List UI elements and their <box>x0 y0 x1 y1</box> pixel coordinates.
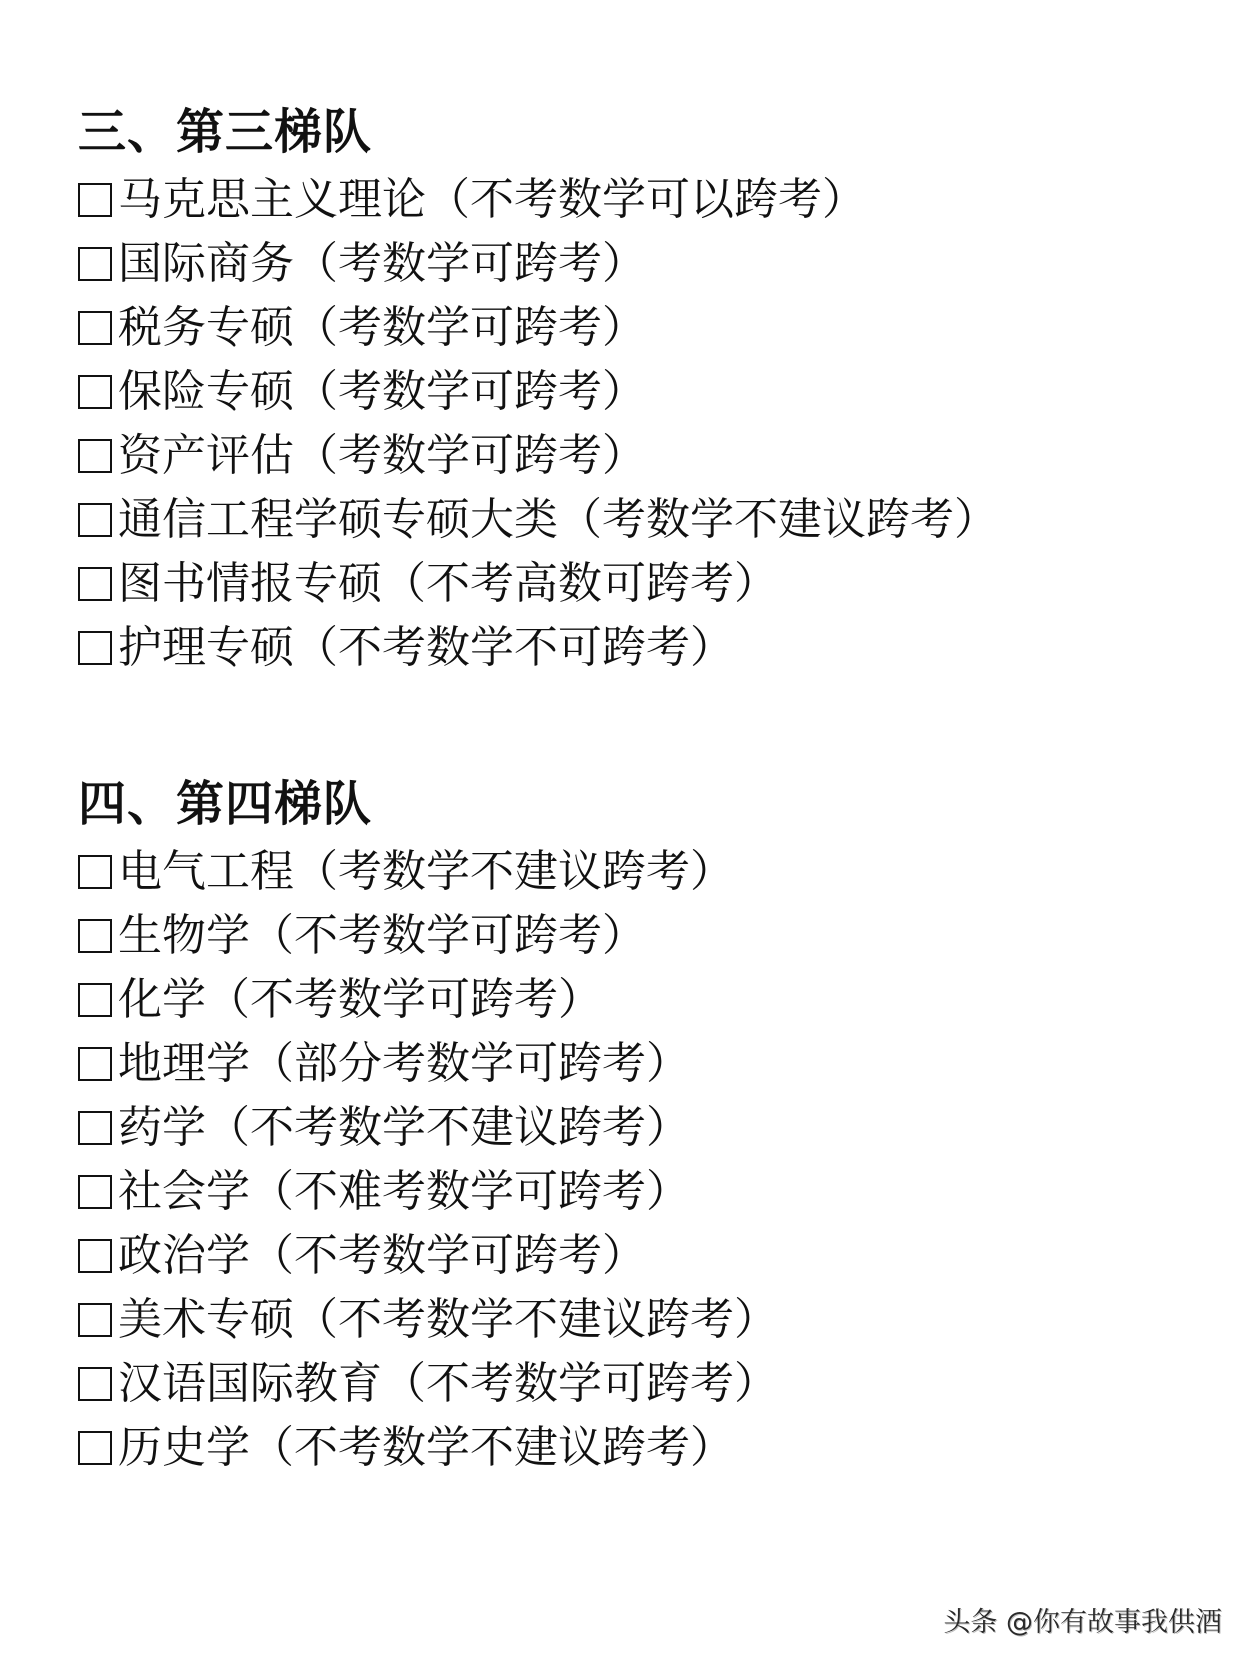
item-note: 不考数学不建议跨考 <box>294 1288 778 1352</box>
item-name: 地理学 <box>118 1032 250 1096</box>
checkbox[interactable] <box>78 1431 112 1465</box>
list-item[interactable]: 资产评估考数学可跨考 <box>78 424 998 488</box>
list-item[interactable]: 保险专硕考数学可跨考 <box>78 360 998 424</box>
list-item[interactable]: 电气工程考数学不建议跨考 <box>78 840 778 904</box>
list-item[interactable]: 药学不考数学不建议跨考 <box>78 1096 778 1160</box>
item-note: 考数学可跨考 <box>294 296 646 360</box>
list-item[interactable]: 汉语国际教育不考数学可跨考 <box>78 1352 778 1416</box>
item-note: 考数学不建议跨考 <box>558 488 998 552</box>
item-name: 保险专硕 <box>118 360 294 424</box>
list-item[interactable]: 历史学不考数学不建议跨考 <box>78 1416 778 1480</box>
checkbox[interactable] <box>78 439 112 473</box>
checkbox[interactable] <box>78 247 112 281</box>
checkbox[interactable] <box>78 567 112 601</box>
checkbox[interactable] <box>78 183 112 217</box>
item-note: 考数学不建议跨考 <box>294 840 734 904</box>
item-name: 税务专硕 <box>118 296 294 360</box>
item-note: 不考数学可以跨考 <box>426 168 866 232</box>
section-tier-4: 四、第四梯队 电气工程考数学不建议跨考 生物学不考数学可跨考 化学不考数学可跨考… <box>78 776 778 1480</box>
item-note: 不考数学可跨考 <box>250 904 646 968</box>
list-item[interactable]: 政治学不考数学可跨考 <box>78 1224 778 1288</box>
list-item[interactable]: 图书情报专硕不考高数可跨考 <box>78 552 998 616</box>
item-name: 护理专硕 <box>118 616 294 680</box>
list-item[interactable]: 地理学部分考数学可跨考 <box>78 1032 778 1096</box>
list-item[interactable]: 护理专硕不考数学不可跨考 <box>78 616 998 680</box>
list-item[interactable]: 税务专硕考数学可跨考 <box>78 296 998 360</box>
checkbox[interactable] <box>78 1239 112 1273</box>
list-item[interactable]: 社会学不难考数学可跨考 <box>78 1160 778 1224</box>
item-name: 政治学 <box>118 1224 250 1288</box>
item-name: 电气工程 <box>118 840 294 904</box>
item-name: 生物学 <box>118 904 250 968</box>
item-note: 不考数学可跨考 <box>206 968 602 1032</box>
list-item[interactable]: 马克思主义理论不考数学可以跨考 <box>78 168 998 232</box>
item-note: 不考高数可跨考 <box>382 552 778 616</box>
item-note: 考数学可跨考 <box>294 360 646 424</box>
checkbox[interactable] <box>78 1175 112 1209</box>
item-note: 不考数学可跨考 <box>250 1224 646 1288</box>
list-item[interactable]: 化学不考数学可跨考 <box>78 968 778 1032</box>
item-name: 通信工程学硕专硕大类 <box>118 488 558 552</box>
item-name: 图书情报专硕 <box>118 552 382 616</box>
checkbox[interactable] <box>78 855 112 889</box>
item-note: 不难考数学可跨考 <box>250 1160 690 1224</box>
item-name: 马克思主义理论 <box>118 168 426 232</box>
checkbox[interactable] <box>78 1111 112 1145</box>
item-name: 社会学 <box>118 1160 250 1224</box>
item-note: 不考数学不可跨考 <box>294 616 734 680</box>
item-name: 资产评估 <box>118 424 294 488</box>
item-name: 化学 <box>118 968 206 1032</box>
item-note: 部分考数学可跨考 <box>250 1032 690 1096</box>
checkbox[interactable] <box>78 919 112 953</box>
item-note: 考数学可跨考 <box>294 424 646 488</box>
checkbox[interactable] <box>78 1047 112 1081</box>
checkbox[interactable] <box>78 983 112 1017</box>
list-item[interactable]: 美术专硕不考数学不建议跨考 <box>78 1288 778 1352</box>
checkbox[interactable] <box>78 375 112 409</box>
item-name: 美术专硕 <box>118 1288 294 1352</box>
checkbox[interactable] <box>78 631 112 665</box>
item-name: 汉语国际教育 <box>118 1352 382 1416</box>
section-tier-3: 三、第三梯队 马克思主义理论不考数学可以跨考 国际商务考数学可跨考 税务专硕考数… <box>78 104 998 680</box>
item-note: 不考数学不建议跨考 <box>250 1416 734 1480</box>
item-note: 不考数学不建议跨考 <box>206 1096 690 1160</box>
item-name: 药学 <box>118 1096 206 1160</box>
checkbox[interactable] <box>78 503 112 537</box>
item-name: 国际商务 <box>118 232 294 296</box>
checkbox[interactable] <box>78 311 112 345</box>
section-heading: 四、第四梯队 <box>78 776 778 832</box>
checkbox[interactable] <box>78 1303 112 1337</box>
item-name: 历史学 <box>118 1416 250 1480</box>
list-item[interactable]: 国际商务考数学可跨考 <box>78 232 998 296</box>
list-item[interactable]: 通信工程学硕专硕大类考数学不建议跨考 <box>78 488 998 552</box>
item-note: 考数学可跨考 <box>294 232 646 296</box>
section-heading: 三、第三梯队 <box>78 104 998 160</box>
item-note: 不考数学可跨考 <box>382 1352 778 1416</box>
checkbox[interactable] <box>78 1367 112 1401</box>
watermark: 头条 @你有故事我供酒 <box>943 1600 1222 1639</box>
list-item[interactable]: 生物学不考数学可跨考 <box>78 904 778 968</box>
